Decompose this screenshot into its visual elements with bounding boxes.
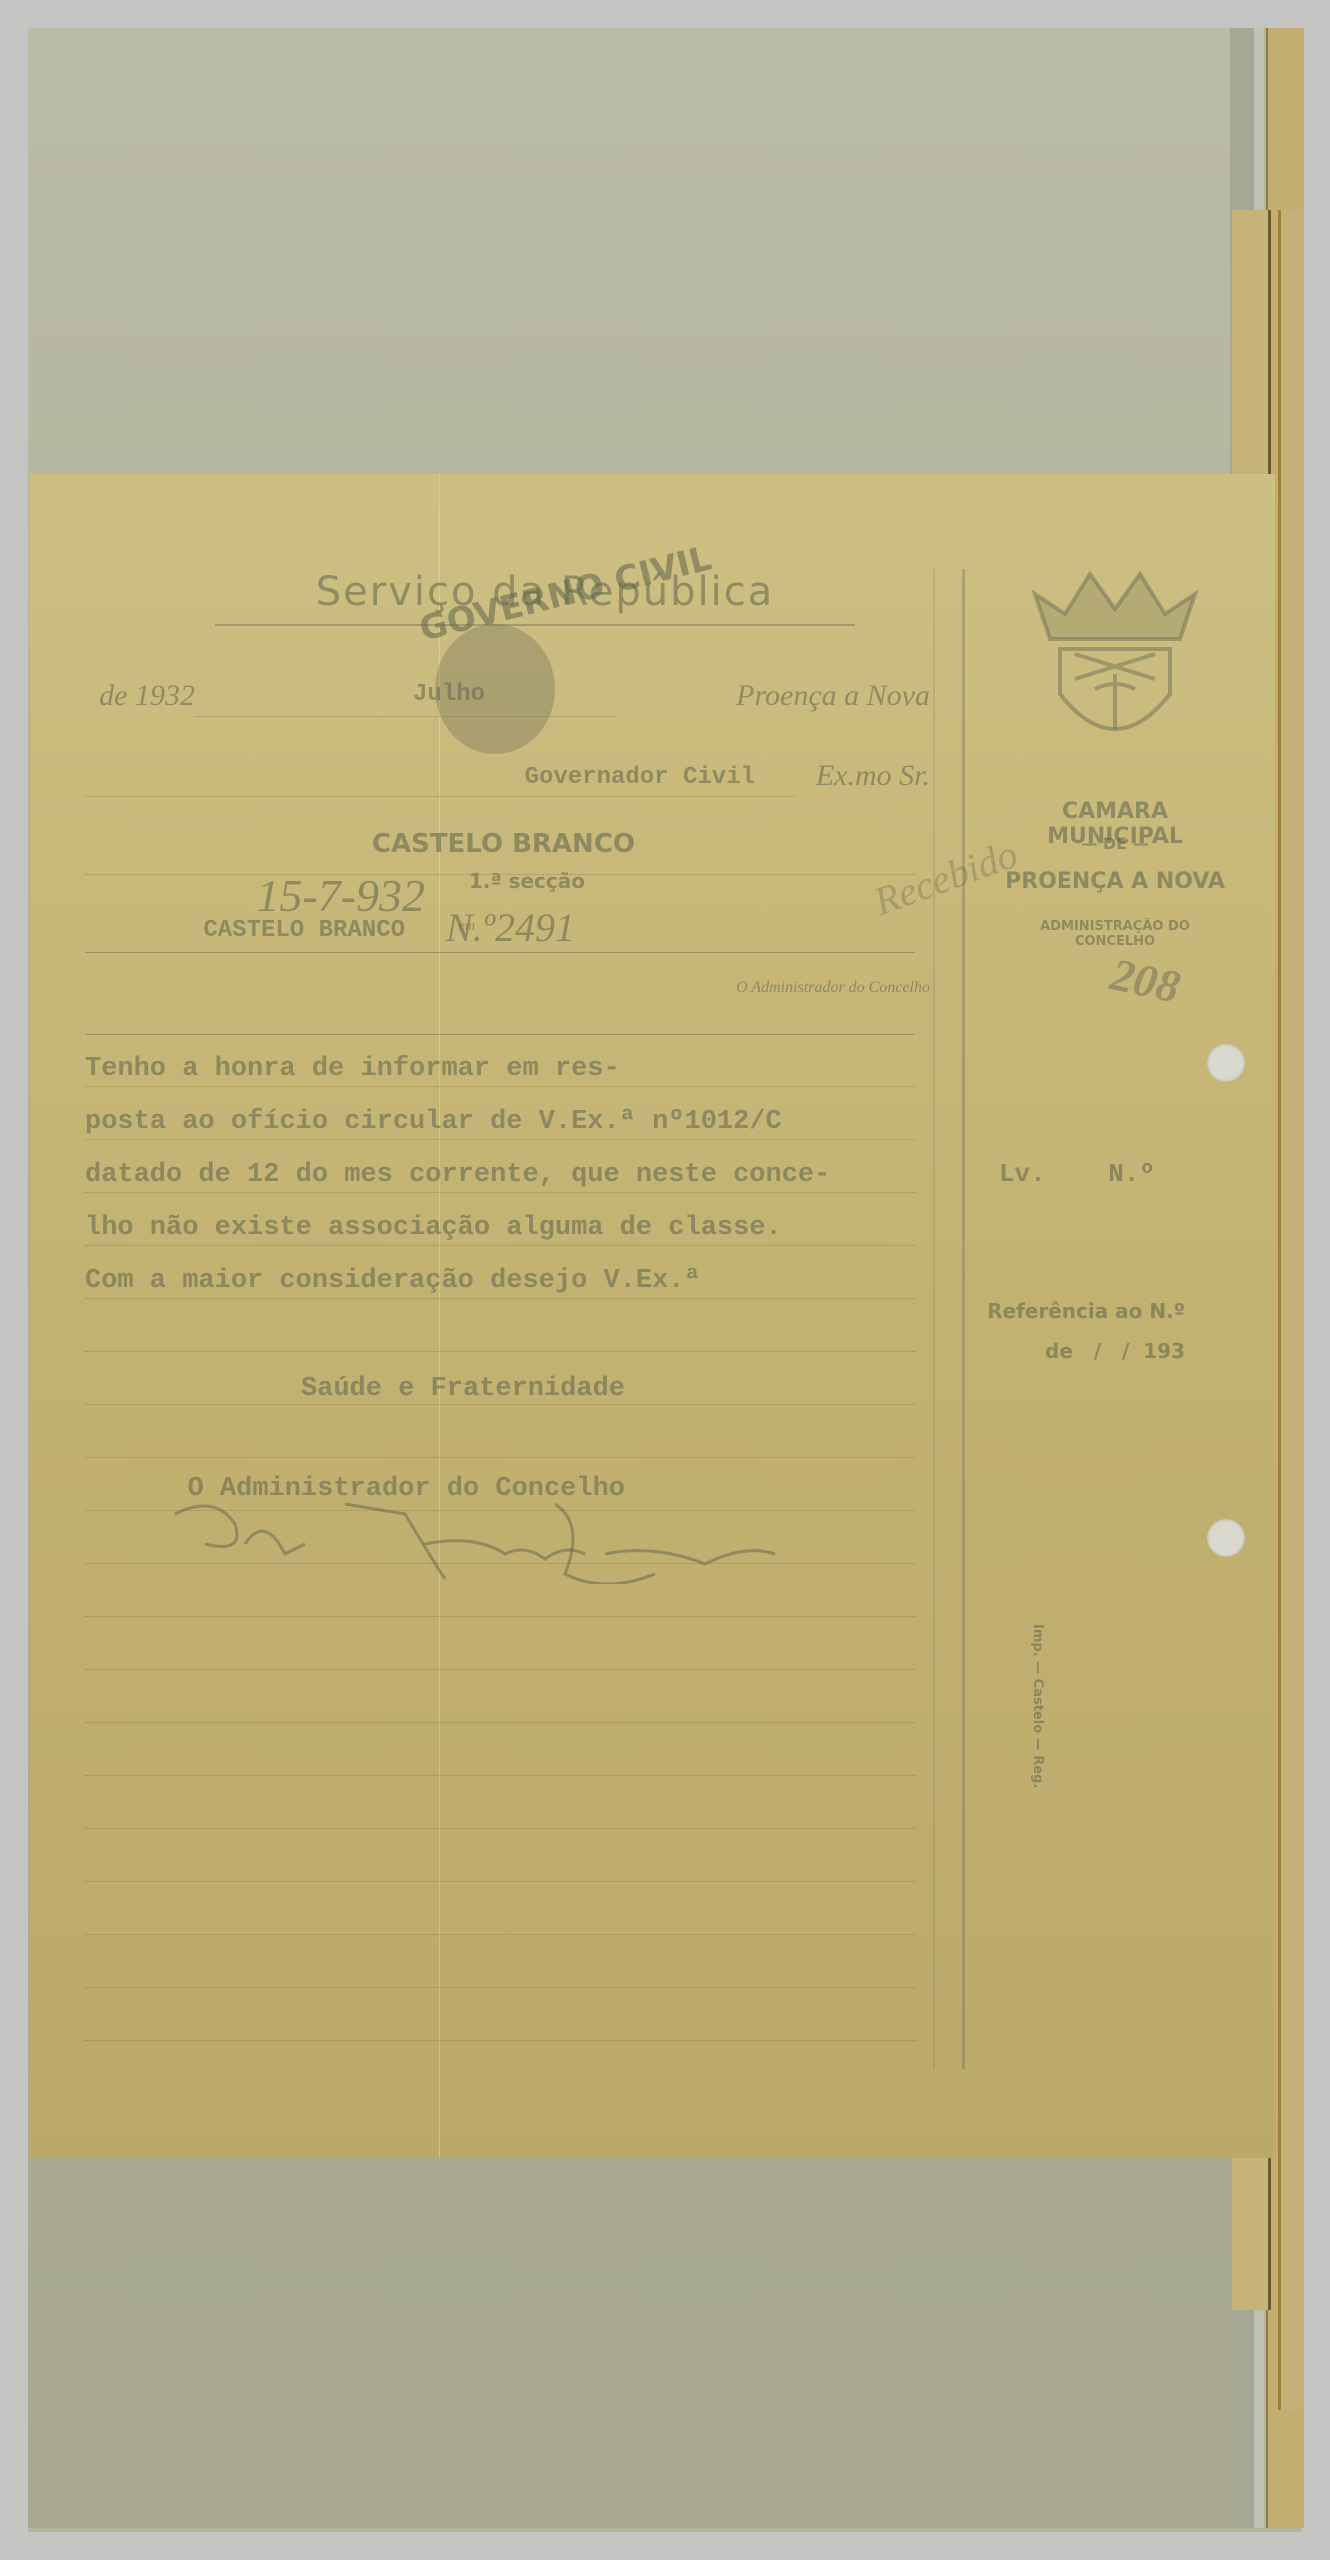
sender-line: O Administrador do Concelho bbox=[736, 979, 930, 997]
reference-date-label: de / / 193 bbox=[1045, 1339, 1185, 1363]
stamp-date: 15-7-932 bbox=[256, 869, 425, 922]
date-year: de 1932 bbox=[99, 679, 195, 713]
municipality-de: — DE — bbox=[1000, 834, 1230, 853]
reference-field-label: Referência ao N.º bbox=[987, 1299, 1185, 1323]
column-divider bbox=[933, 569, 935, 2069]
punch-hole bbox=[1207, 1519, 1245, 1557]
body-line-3: datado de 12 do mes corrente, que neste … bbox=[85, 1160, 905, 1190]
title-rule bbox=[215, 624, 855, 626]
governo-civil-seal-icon bbox=[435, 624, 555, 754]
salutation: Ex.mo Sr. bbox=[816, 759, 930, 793]
municipal-crest-icon bbox=[1015, 554, 1215, 754]
punch-hole bbox=[1207, 1044, 1245, 1082]
letter-sheet: CAMARA MUNICIPAL — DE — PROENÇA A NOVA A… bbox=[30, 474, 1275, 2158]
department-label: ADMINISTRAÇÃO DO CONCELHO bbox=[1000, 919, 1230, 949]
stamp-city: CASTELO BRANCO bbox=[372, 829, 635, 859]
closing: Saúde e Fraternidade bbox=[301, 1374, 625, 1404]
folder-edge-strip bbox=[1278, 210, 1303, 2410]
place-label: Proença a Nova bbox=[736, 679, 930, 713]
body-line-2: posta ao ofício circular de V.Ex.ª nº101… bbox=[85, 1107, 905, 1137]
printer-imprint: Imp. — Castelo — Reg. bbox=[1030, 1624, 1045, 1788]
body-line-4: lho não existe associação alguma de clas… bbox=[85, 1213, 905, 1243]
lv-field-label: Lv. N.º bbox=[999, 1159, 1155, 1189]
stamp-section: 1.ª secção bbox=[469, 869, 585, 893]
recipient-name: Governador Civil bbox=[525, 764, 755, 791]
signature bbox=[155, 1484, 805, 1584]
municipality-town: PROENÇA A NOVA bbox=[1000, 869, 1230, 894]
stamp-number: N.º2491 bbox=[446, 904, 575, 951]
column-divider bbox=[962, 569, 965, 2069]
body-line-5: Com a maior consideração desejo V.Ex.ª bbox=[85, 1266, 905, 1296]
body-line-1: Tenho a honra de informar em res- bbox=[85, 1054, 905, 1084]
